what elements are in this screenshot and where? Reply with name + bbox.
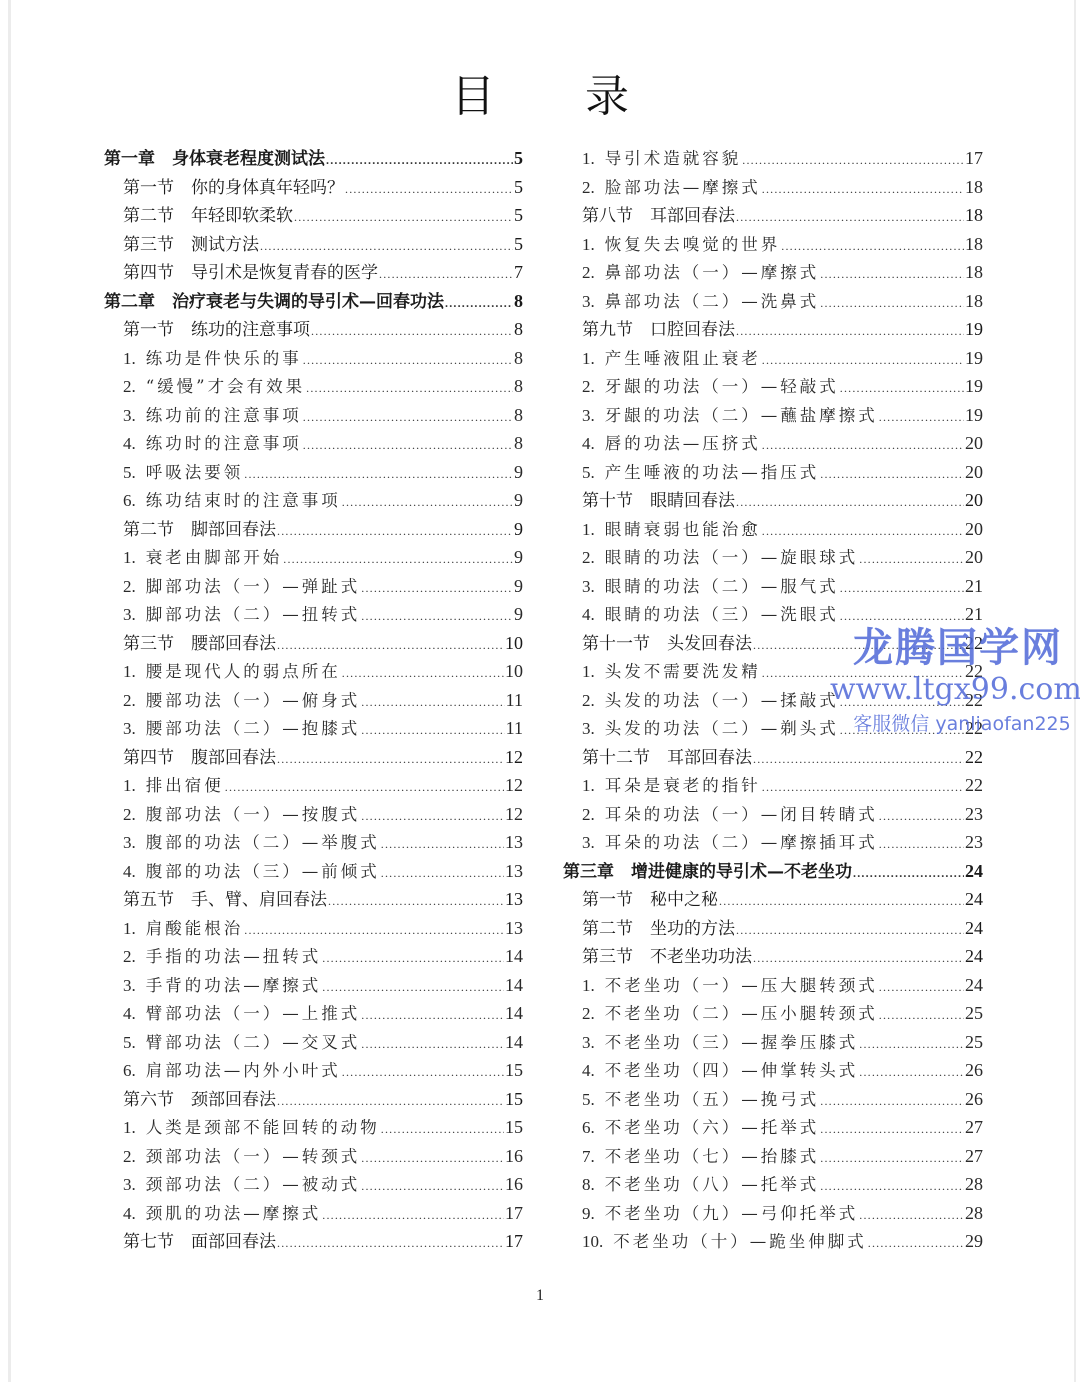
dot-leader	[753, 745, 964, 774]
toc-entry-title: 不老坐功（三）—握拳压膝式	[605, 1029, 859, 1058]
dot-leader	[326, 146, 513, 175]
toc-column-left: 第一章 身体衰老程度测试法5第一节 你的身体真年轻吗？5第二节 年轻即软柔软5第…	[104, 144, 523, 1256]
toc-item[interactable]: 6.不老坐功（六）—托举式27	[563, 1113, 983, 1142]
dot-leader	[879, 802, 964, 831]
dot-leader	[820, 1144, 964, 1173]
toc-chapter[interactable]: 第三章 增进健康的导引术—不老坐功24	[563, 857, 983, 886]
toc-entry-title: 练功时的注意事项	[146, 430, 302, 459]
toc-page-number: 5	[514, 173, 523, 202]
toc-entry-title: 肩部功法—内外小叶式	[146, 1057, 341, 1086]
toc-page-number: 18	[965, 173, 983, 202]
toc-entry-title: 第四节 导引术是恢复青春的医学	[123, 259, 378, 288]
toc-item[interactable]: 2.手指的功法—扭转式14	[104, 942, 523, 971]
dot-leader	[277, 517, 513, 546]
toc-page-number: 27	[965, 1113, 983, 1142]
toc-page-number: 16	[505, 1142, 523, 1171]
toc-entry-title: 臂部功法（二）—交叉式	[146, 1029, 361, 1058]
toc-section[interactable]: 第一节 练功的注意事项8	[104, 315, 523, 344]
toc-page-number: 14	[505, 971, 523, 1000]
toc-chapter[interactable]: 第一章 身体衰老程度测试法5	[104, 144, 523, 173]
toc-page-number: 11	[506, 686, 523, 715]
dot-leader	[879, 973, 964, 1002]
dot-leader	[361, 1030, 504, 1059]
toc-page-number: 22	[965, 743, 983, 772]
toc-page-number: 20	[965, 543, 983, 572]
toc-item[interactable]: 2.腹部功法（一）—按腹式12	[104, 800, 523, 829]
toc-page-number: 14	[505, 942, 523, 971]
toc-section[interactable]: 第二节 坐功的方法24	[563, 914, 983, 943]
dot-leader	[381, 830, 504, 859]
dot-leader	[859, 545, 964, 574]
toc-page-number: 24	[965, 914, 983, 943]
toc-item-number: 3.	[582, 402, 595, 431]
dot-leader	[879, 1001, 964, 1030]
toc-page-number: 19	[965, 372, 983, 401]
page-edge-left	[8, 0, 11, 1382]
toc-item[interactable]: 3.练功前的注意事项8	[104, 401, 523, 430]
dot-leader	[840, 574, 964, 603]
toc-page-number: 12	[505, 800, 523, 829]
toc-entry-title: 衰老由脚部开始	[146, 544, 283, 573]
toc-item[interactable]: 2.耳朵的功法（一）—闭目转睛式23	[563, 800, 983, 829]
toc-item-number: 3.	[123, 402, 136, 431]
toc-entry-title: 第十二节 耳部回春法	[582, 744, 752, 773]
toc-entry-title: 第二章 治疗衰老与失调的导引术—回春功法	[104, 288, 444, 317]
toc-item[interactable]: 2.腰部功法（一）—俯身式11	[104, 686, 523, 715]
toc-page-number: 24	[965, 885, 983, 914]
toc-item[interactable]: 1.人类是颈部不能回转的动物15	[104, 1113, 523, 1142]
toc-entry-title: 导引术造就容貌	[605, 145, 742, 174]
watermark: 龙腾国学网 www.ltgx99.com 客服微信 yanliaofan225	[838, 625, 1078, 739]
toc-page-number: 15	[505, 1113, 523, 1142]
toc-entry-title: 产生唾液的功法—指压式	[605, 459, 820, 488]
toc-page-number: 19	[965, 401, 983, 430]
toc-page-number: 21	[965, 572, 983, 601]
toc-entry-title: 不老坐功（五）—挽弓式	[605, 1086, 820, 1115]
toc-page-number: 8	[514, 429, 523, 458]
toc-page-number: 8	[514, 344, 523, 373]
toc-item[interactable]: 5.不老坐功（五）—挽弓式26	[563, 1085, 983, 1114]
toc-page-number: 25	[965, 1028, 983, 1057]
toc-entry-title: 第六节 颈部回春法	[123, 1086, 276, 1115]
toc-item[interactable]: 1.练功是件快乐的事8	[104, 344, 523, 373]
toc-item-number: 1.	[582, 345, 595, 374]
toc-item[interactable]: 4.腹部的功法（三）—前倾式13	[104, 857, 523, 886]
toc-section[interactable]: 第三节 腰部回春法10	[104, 629, 523, 658]
toc-item[interactable]: 4.颈肌的功法—摩擦式17	[104, 1199, 523, 1228]
toc-entry-title: 不老坐功（十）—跪坐伸脚式	[613, 1228, 867, 1257]
dot-leader	[345, 175, 513, 204]
toc-entry-title: 第一节 你的身体真年轻吗？	[123, 174, 344, 203]
page-title: 目 录	[0, 60, 1080, 124]
toc-entry-title: 第三节 测试方法	[123, 231, 259, 260]
dot-leader	[342, 1058, 504, 1087]
toc-item-number: 5.	[582, 1086, 595, 1115]
toc-page-number: 16	[505, 1170, 523, 1199]
toc-entry-title: 颈部功法（二）—被动式	[146, 1171, 361, 1200]
dot-leader	[820, 1172, 964, 1201]
toc-item-number: 1.	[123, 1114, 136, 1143]
toc-entry-title: 第四节 腹部回春法	[123, 744, 276, 773]
toc-page-number: 9	[514, 458, 523, 487]
toc-item[interactable]: 2.脚部功法（一）—弹趾式9	[104, 572, 523, 601]
toc-entry-title: 眼睛的功法（一）—旋眼球式	[605, 544, 859, 573]
toc-entry-title: 耳朵的功法（二）—摩擦插耳式	[605, 829, 878, 858]
dot-leader	[379, 260, 513, 289]
toc-entry-title: 第十一节 头发回春法	[582, 630, 752, 659]
toc-entry-title: 腰部功法（二）—抱膝式	[146, 715, 361, 744]
toc-entry-title: 练功结束时的注意事项	[146, 487, 341, 516]
dot-leader	[859, 1058, 964, 1087]
toc-page-number: 5	[514, 144, 523, 173]
toc-item[interactable]: 2.牙龈的功法（一）—轻敲式19	[563, 372, 983, 401]
toc-page-number: 19	[965, 344, 983, 373]
toc-page-number: 29	[965, 1227, 983, 1256]
toc-page-number: 7	[514, 258, 523, 287]
toc-entry-title: 颈部功法（一）—转颈式	[146, 1143, 361, 1172]
toc-entry-title: 脸部功法—摩擦式	[605, 174, 761, 203]
toc-item-number: 2.	[582, 373, 595, 402]
toc-page-number: 14	[505, 999, 523, 1028]
toc-item[interactable]: 1.排出宿便12	[104, 771, 523, 800]
toc-entry-title: 产生唾液阻止衰老	[605, 345, 761, 374]
toc-item[interactable]: 1.不老坐功（一）—压大腿转颈式24	[563, 971, 983, 1000]
dot-leader	[303, 431, 513, 460]
toc-item[interactable]: 3.腰部功法（二）—抱膝式11	[104, 714, 523, 743]
dot-leader	[736, 317, 964, 346]
toc-entry-title: 鼻部功法（一）—摩擦式	[605, 259, 820, 288]
toc-item[interactable]: 8.不老坐功（八）—托举式28	[563, 1170, 983, 1199]
toc-section[interactable]: 第七节 面部回春法17	[104, 1227, 523, 1256]
toc-section[interactable]: 第十二节 耳部回春法22	[563, 743, 983, 772]
toc-page-number: 8	[514, 315, 523, 344]
toc-page-number: 26	[965, 1085, 983, 1114]
toc-entry-title: 颈肌的功法—摩擦式	[146, 1200, 322, 1229]
toc-page-number: 20	[965, 515, 983, 544]
dot-leader	[277, 1087, 504, 1116]
toc-item[interactable]: 6.练功结束时的注意事项9	[104, 486, 523, 515]
toc-page-number: 20	[965, 429, 983, 458]
toc-section[interactable]: 第五节 手、臂、肩回春法13	[104, 885, 523, 914]
toc-item[interactable]: 1.腰是现代人的弱点所在10	[104, 657, 523, 686]
toc-item-number: 4.	[582, 430, 595, 459]
dot-leader	[859, 1030, 964, 1059]
watermark-site-name: 龙腾国学网	[838, 625, 1078, 671]
toc-item[interactable]: 5.呼吸法要领9	[104, 458, 523, 487]
toc-item[interactable]: 10.不老坐功（十）—跪坐伸脚式29	[563, 1227, 983, 1256]
toc-page-number: 12	[505, 743, 523, 772]
toc-page-number: 24	[965, 942, 983, 971]
toc-page-number: 8	[514, 287, 523, 316]
toc-page-number: 17	[505, 1199, 523, 1228]
toc-page-number: 13	[505, 857, 523, 886]
toc-item-number: 1.	[582, 231, 595, 260]
dot-leader	[361, 688, 504, 717]
toc-item[interactable]: 3.耳朵的功法（二）—摩擦插耳式23	[563, 828, 983, 857]
dot-leader	[303, 403, 513, 432]
dot-leader	[853, 859, 964, 888]
dot-leader	[820, 289, 964, 318]
toc-page-number: 18	[965, 258, 983, 287]
toc-item[interactable]: 3.牙龈的功法（二）—蘸盐摩擦式19	[563, 401, 983, 430]
toc-item-number: 3.	[123, 1171, 136, 1200]
toc-entry-title: 练功是件快乐的事	[146, 345, 302, 374]
toc-item-number: 4.	[123, 1000, 136, 1029]
toc-page-number: 13	[505, 914, 523, 943]
toc-section[interactable]: 第一节 你的身体真年轻吗？5	[104, 173, 523, 202]
toc-entry-title: 不老坐功（一）—压大腿转颈式	[605, 972, 878, 1001]
dot-leader	[244, 460, 513, 489]
toc-entry-title: 腹部的功法（二）—举腹式	[146, 829, 380, 858]
toc-item[interactable]: 9.不老坐功（九）—弓仰托举式28	[563, 1199, 983, 1228]
toc-section[interactable]: 第四节 腹部回春法12	[104, 743, 523, 772]
dot-leader	[820, 460, 964, 489]
dot-leader	[225, 773, 504, 802]
toc-entry-title: 第二节 坐功的方法	[582, 915, 735, 944]
toc-item-number: 1.	[582, 145, 595, 174]
toc-entry-title: 不老坐功（七）—抬膝式	[605, 1143, 820, 1172]
toc-item[interactable]: 3.腹部的功法（二）—举腹式13	[104, 828, 523, 857]
toc-item-number: 1.	[582, 516, 595, 545]
toc-item-number: 6.	[123, 487, 136, 516]
toc-entry-title: 头发的功法（一）—揉敲式	[605, 687, 839, 716]
dot-leader	[277, 631, 504, 660]
toc-item[interactable]: 1.眼睛衰弱也能治愈20	[563, 515, 983, 544]
toc-page-number: 19	[965, 315, 983, 344]
toc-item[interactable]: 1.肩酸能根治13	[104, 914, 523, 943]
toc-item[interactable]: 1.衰老由脚部开始9	[104, 543, 523, 572]
toc-page-number: 15	[505, 1056, 523, 1085]
toc-entry-title: 第十节 眼睛回春法	[582, 487, 735, 516]
toc-section[interactable]: 第一节 秘中之秘24	[563, 885, 983, 914]
toc-item[interactable]: 4.臂部功法（一）—上推式14	[104, 999, 523, 1028]
toc-item-number: 2.	[582, 687, 595, 716]
dot-leader	[361, 602, 513, 631]
toc-page-number: 9	[514, 572, 523, 601]
dot-leader	[303, 346, 513, 375]
toc-item-number: 2.	[582, 259, 595, 288]
toc-page-number: 11	[506, 714, 523, 743]
toc-item[interactable]: 4.唇的功法—压挤式20	[563, 429, 983, 458]
dot-leader	[762, 773, 964, 802]
toc-item[interactable]: 3.手背的功法—摩擦式14	[104, 971, 523, 1000]
dot-leader	[762, 431, 964, 460]
toc-entry-title: 腰部功法（一）—俯身式	[146, 687, 361, 716]
toc-item-number: 2.	[582, 801, 595, 830]
toc-entry-title: 眼睛的功法（二）—服气式	[605, 573, 839, 602]
toc-page-number: 5	[514, 201, 523, 230]
dot-leader	[736, 203, 964, 232]
toc-item-number: 4.	[123, 430, 136, 459]
toc-entry-title: 第八节 耳部回春法	[582, 202, 735, 231]
toc-page-number: 28	[965, 1199, 983, 1228]
toc-section[interactable]: 第九节 口腔回春法19	[563, 315, 983, 344]
toc-entry-title: “缓慢”才会有效果	[146, 373, 305, 402]
dot-leader	[277, 1229, 504, 1258]
toc-page-number: 9	[514, 486, 523, 515]
dot-leader	[306, 374, 513, 403]
dot-leader	[342, 488, 513, 517]
toc-item-number: 2.	[123, 687, 136, 716]
toc-item[interactable]: 3.不老坐功（三）—握拳压膝式25	[563, 1028, 983, 1057]
toc-item-number: 6.	[123, 1057, 136, 1086]
dot-leader	[445, 289, 513, 318]
toc-entry-title: 耳朵是衰老的指针	[605, 772, 761, 801]
toc-entry-title: 第九节 口腔回春法	[582, 316, 735, 345]
dot-leader	[322, 944, 504, 973]
dot-leader	[361, 1144, 504, 1173]
toc-item-number: 4.	[123, 858, 136, 887]
dot-leader	[277, 745, 504, 774]
dot-leader	[820, 260, 964, 289]
toc-page-number: 15	[505, 1085, 523, 1114]
toc-item[interactable]: 6.肩部功法—内外小叶式15	[104, 1056, 523, 1085]
toc-item[interactable]: 3.颈部功法（二）—被动式16	[104, 1170, 523, 1199]
toc-page-number: 10	[505, 657, 523, 686]
toc-item[interactable]: 2.不老坐功（二）—压小腿转颈式25	[563, 999, 983, 1028]
toc-entry-title: 手背的功法—摩擦式	[146, 972, 322, 1001]
toc-entry-title: 第一章 身体衰老程度测试法	[104, 145, 325, 174]
toc-page-number: 12	[505, 771, 523, 800]
toc-item[interactable]: 1.耳朵是衰老的指针22	[563, 771, 983, 800]
toc-entry-title: 脚部功法（一）—弹趾式	[146, 573, 361, 602]
toc-entry-title: 脚部功法（二）—扭转式	[146, 601, 361, 630]
toc-page-number: 8	[514, 401, 523, 430]
toc-section[interactable]: 第三节 测试方法5	[104, 230, 523, 259]
toc-entry-title: 练功前的注意事项	[146, 402, 302, 431]
toc-entry-title: 腰是现代人的弱点所在	[146, 658, 341, 687]
toc-item[interactable]: 4.不老坐功（四）—伸掌转头式26	[563, 1056, 983, 1085]
toc-item[interactable]: 1.导引术造就容貌17	[563, 144, 983, 173]
toc-entry-title: 不老坐功（二）—压小腿转颈式	[605, 1000, 878, 1029]
toc-item-number: 5.	[123, 1029, 136, 1058]
toc-entry-title: 头发的功法（二）—剃头式	[605, 715, 839, 744]
toc-entry-title: 腹部功法（一）—按腹式	[146, 801, 361, 830]
toc-entry-title: 牙龈的功法（二）—蘸盐摩擦式	[605, 402, 878, 431]
dot-leader	[879, 830, 964, 859]
toc-item[interactable]: 2.脸部功法—摩擦式18	[563, 173, 983, 202]
dot-leader	[820, 1115, 964, 1144]
toc-section[interactable]: 第八节 耳部回春法18	[563, 201, 983, 230]
toc-section[interactable]: 第二节 脚部回春法9	[104, 515, 523, 544]
dot-leader	[742, 146, 964, 175]
toc-section[interactable]: 第六节 颈部回春法15	[104, 1085, 523, 1114]
dot-leader	[361, 802, 504, 831]
toc-item[interactable]: 2.眼睛的功法（一）—旋眼球式20	[563, 543, 983, 572]
toc-chapter[interactable]: 第二章 治疗衰老与失调的导引术—回春功法8	[104, 287, 523, 316]
toc-entry-title: 人类是颈部不能回转的动物	[146, 1114, 380, 1143]
toc-item-number: 1.	[582, 972, 595, 1001]
toc-section[interactable]: 第三节 不老坐功功法24	[563, 942, 983, 971]
toc-item-number: 4.	[582, 601, 595, 630]
toc-entry-title: 手指的功法—扭转式	[146, 943, 322, 972]
toc-page-number: 5	[514, 230, 523, 259]
toc-item[interactable]: 1.产生唾液阻止衰老19	[563, 344, 983, 373]
toc-item[interactable]: 4.练功时的注意事项8	[104, 429, 523, 458]
dot-leader	[361, 716, 504, 745]
toc-entry-title: 第二节 年轻即软柔软	[123, 202, 293, 231]
dot-leader	[868, 1229, 964, 1258]
toc-item[interactable]: 2.“缓慢”才会有效果8	[104, 372, 523, 401]
toc-item[interactable]: 5.产生唾液的功法—指压式20	[563, 458, 983, 487]
toc-section[interactable]: 第二节 年轻即软柔软5	[104, 201, 523, 230]
toc-item-number: 6.	[582, 1114, 595, 1143]
toc-page-number: 24	[965, 857, 983, 886]
toc-item-number: 10.	[582, 1228, 603, 1257]
dot-leader	[820, 1087, 964, 1116]
toc-page-number: 14	[505, 1028, 523, 1057]
dot-leader	[736, 916, 964, 945]
toc-page-number: 28	[965, 1170, 983, 1199]
dot-leader	[719, 887, 964, 916]
toc-page-number: 18	[965, 230, 983, 259]
toc-item-number: 3.	[582, 573, 595, 602]
toc-page-number: 10	[505, 629, 523, 658]
toc-item[interactable]: 3.鼻部功法（二）—洗鼻式18	[563, 287, 983, 316]
toc-item[interactable]: 2.颈部功法（一）—转颈式16	[104, 1142, 523, 1171]
toc-entry-title: 排出宿便	[146, 772, 224, 801]
toc-entry-title: 头发不需要洗发精	[605, 658, 761, 687]
toc-entry-title: 第一节 练功的注意事项	[123, 316, 310, 345]
toc-item-number: 9.	[582, 1200, 595, 1229]
toc-item-number: 5.	[582, 459, 595, 488]
toc-section[interactable]: 第四节 导引术是恢复青春的医学7	[104, 258, 523, 287]
toc-entry-title: 腹部的功法（三）—前倾式	[146, 858, 380, 887]
toc-item-number: 4.	[582, 1057, 595, 1086]
toc-section[interactable]: 第十节 眼睛回春法20	[563, 486, 983, 515]
dot-leader	[736, 488, 964, 517]
dot-leader	[260, 232, 513, 261]
dot-leader	[781, 232, 964, 261]
dot-leader	[381, 1115, 504, 1144]
dot-leader	[840, 374, 964, 403]
toc-item-number: 3.	[123, 972, 136, 1001]
toc-entry-title: 唇的功法—压挤式	[605, 430, 761, 459]
dot-leader	[859, 1201, 964, 1230]
toc-item-number: 2.	[123, 801, 136, 830]
toc-item-number: 8.	[582, 1171, 595, 1200]
toc-item[interactable]: 2.鼻部功法（一）—摩擦式18	[563, 258, 983, 287]
toc-entry-title: 牙龈的功法（一）—轻敲式	[605, 373, 839, 402]
dot-leader	[361, 1172, 504, 1201]
toc-page-number: 26	[965, 1056, 983, 1085]
toc-page-number: 9	[514, 600, 523, 629]
watermark-url: www.ltgx99.com	[830, 671, 1078, 709]
toc-item-number: 2.	[123, 943, 136, 972]
toc-page-number: 18	[965, 201, 983, 230]
toc-entry-title: 第三节 腰部回春法	[123, 630, 276, 659]
toc-entry-title: 第五节 手、臂、肩回春法	[123, 886, 327, 915]
toc-item[interactable]: 1.恢复失去嗅觉的世界18	[563, 230, 983, 259]
toc-page-number: 17	[505, 1227, 523, 1256]
toc-item-number: 3.	[582, 715, 595, 744]
toc-item[interactable]: 5.臂部功法（二）—交叉式14	[104, 1028, 523, 1057]
dot-leader	[762, 517, 964, 546]
page-number: 1	[0, 1287, 1080, 1305]
toc-item-number: 3.	[123, 715, 136, 744]
toc-entry-title: 耳朵的功法（一）—闭目转睛式	[605, 801, 878, 830]
dot-leader	[322, 1201, 504, 1230]
toc-item-number: 2.	[582, 544, 595, 573]
toc-item-number: 1.	[123, 658, 136, 687]
toc-item[interactable]: 3.脚部功法（二）—扭转式9	[104, 600, 523, 629]
dot-leader	[879, 403, 964, 432]
toc-entry-title: 不老坐功（八）—托举式	[605, 1171, 820, 1200]
dot-leader	[753, 944, 964, 973]
toc-item[interactable]: 7.不老坐功（七）—抬膝式27	[563, 1142, 983, 1171]
dot-leader	[311, 317, 513, 346]
toc-item[interactable]: 3.眼睛的功法（二）—服气式21	[563, 572, 983, 601]
